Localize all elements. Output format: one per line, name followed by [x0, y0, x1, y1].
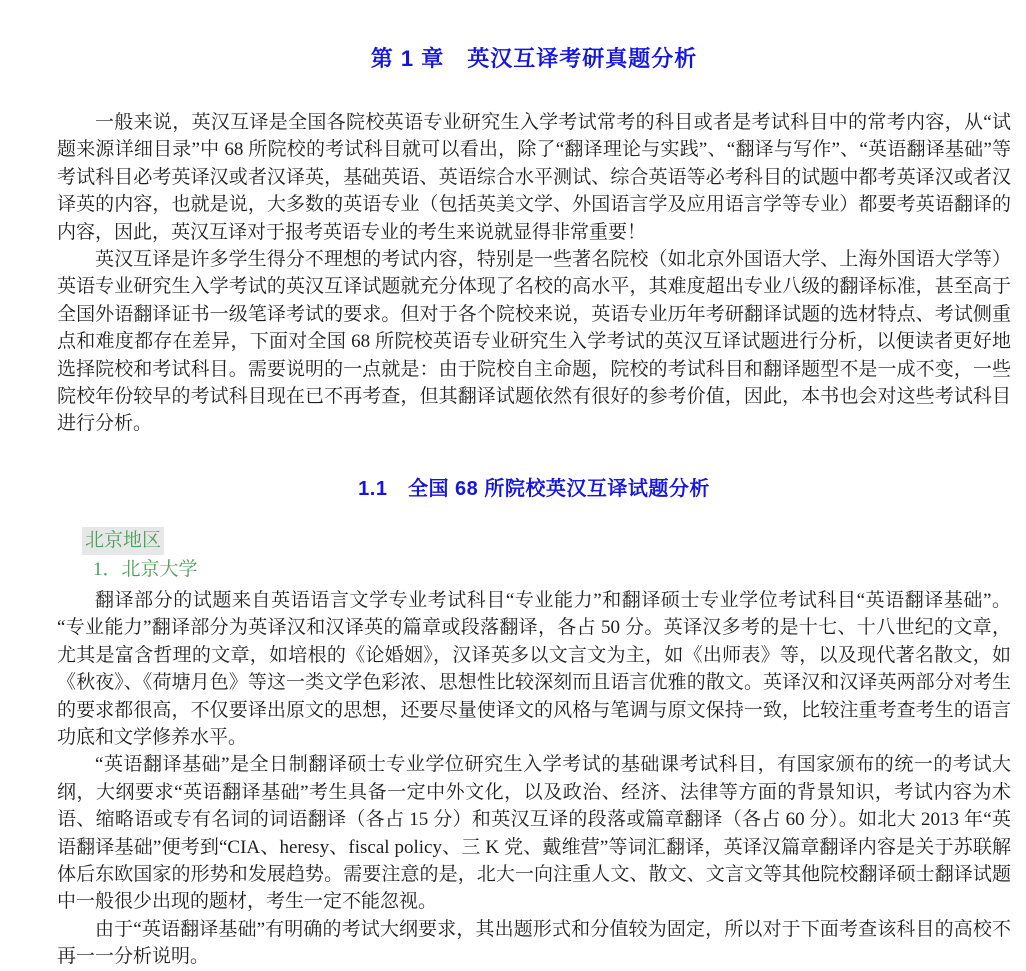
region-label-row: 北京地区 [82, 527, 1011, 555]
section-paragraph-3: 由于“英语翻译基础”有明确的考试大纲要求，其出题形式和分值较为固定，所以对于下面… [57, 916, 1011, 971]
school-heading: 1．北京大学 [93, 556, 1011, 584]
document-page: 第 1 章 英汉互译考研真题分析 一般来说，英汉互译是全国各院校英语专业研究生入… [0, 0, 1026, 971]
intro-paragraph-2: 英汉互译是许多学生得分不理想的考试内容，特别是一些著名院校（如北京外国语大学、上… [57, 246, 1011, 438]
section-paragraph-1: 翻译部分的试题来自英语语言文学专业考试科目“专业能力”和翻译硕士专业学位考试科目… [57, 587, 1011, 751]
section-heading: 1.1 全国 68 所院校英汉互译试题分析 [57, 472, 1011, 501]
intro-section: 一般来说，英汉互译是全国各院校英语专业研究生入学考试常考的科目或者是考试科目中的… [57, 109, 1011, 438]
chapter-title: 第 1 章 英汉互译考研真题分析 [57, 42, 1011, 73]
region-label: 北京地区 [82, 527, 164, 555]
section-paragraph-2: “英语翻译基础”是全日制翻译硕士专业学位研究生入学考试的基础课考试科目，有国家颁… [57, 751, 1011, 915]
intro-paragraph-1: 一般来说，英汉互译是全国各院校英语专业研究生入学考试常考的科目或者是考试科目中的… [57, 109, 1011, 246]
section-body: 翻译部分的试题来自英语语言文学专业考试科目“专业能力”和翻译硕士专业学位考试科目… [57, 587, 1011, 971]
